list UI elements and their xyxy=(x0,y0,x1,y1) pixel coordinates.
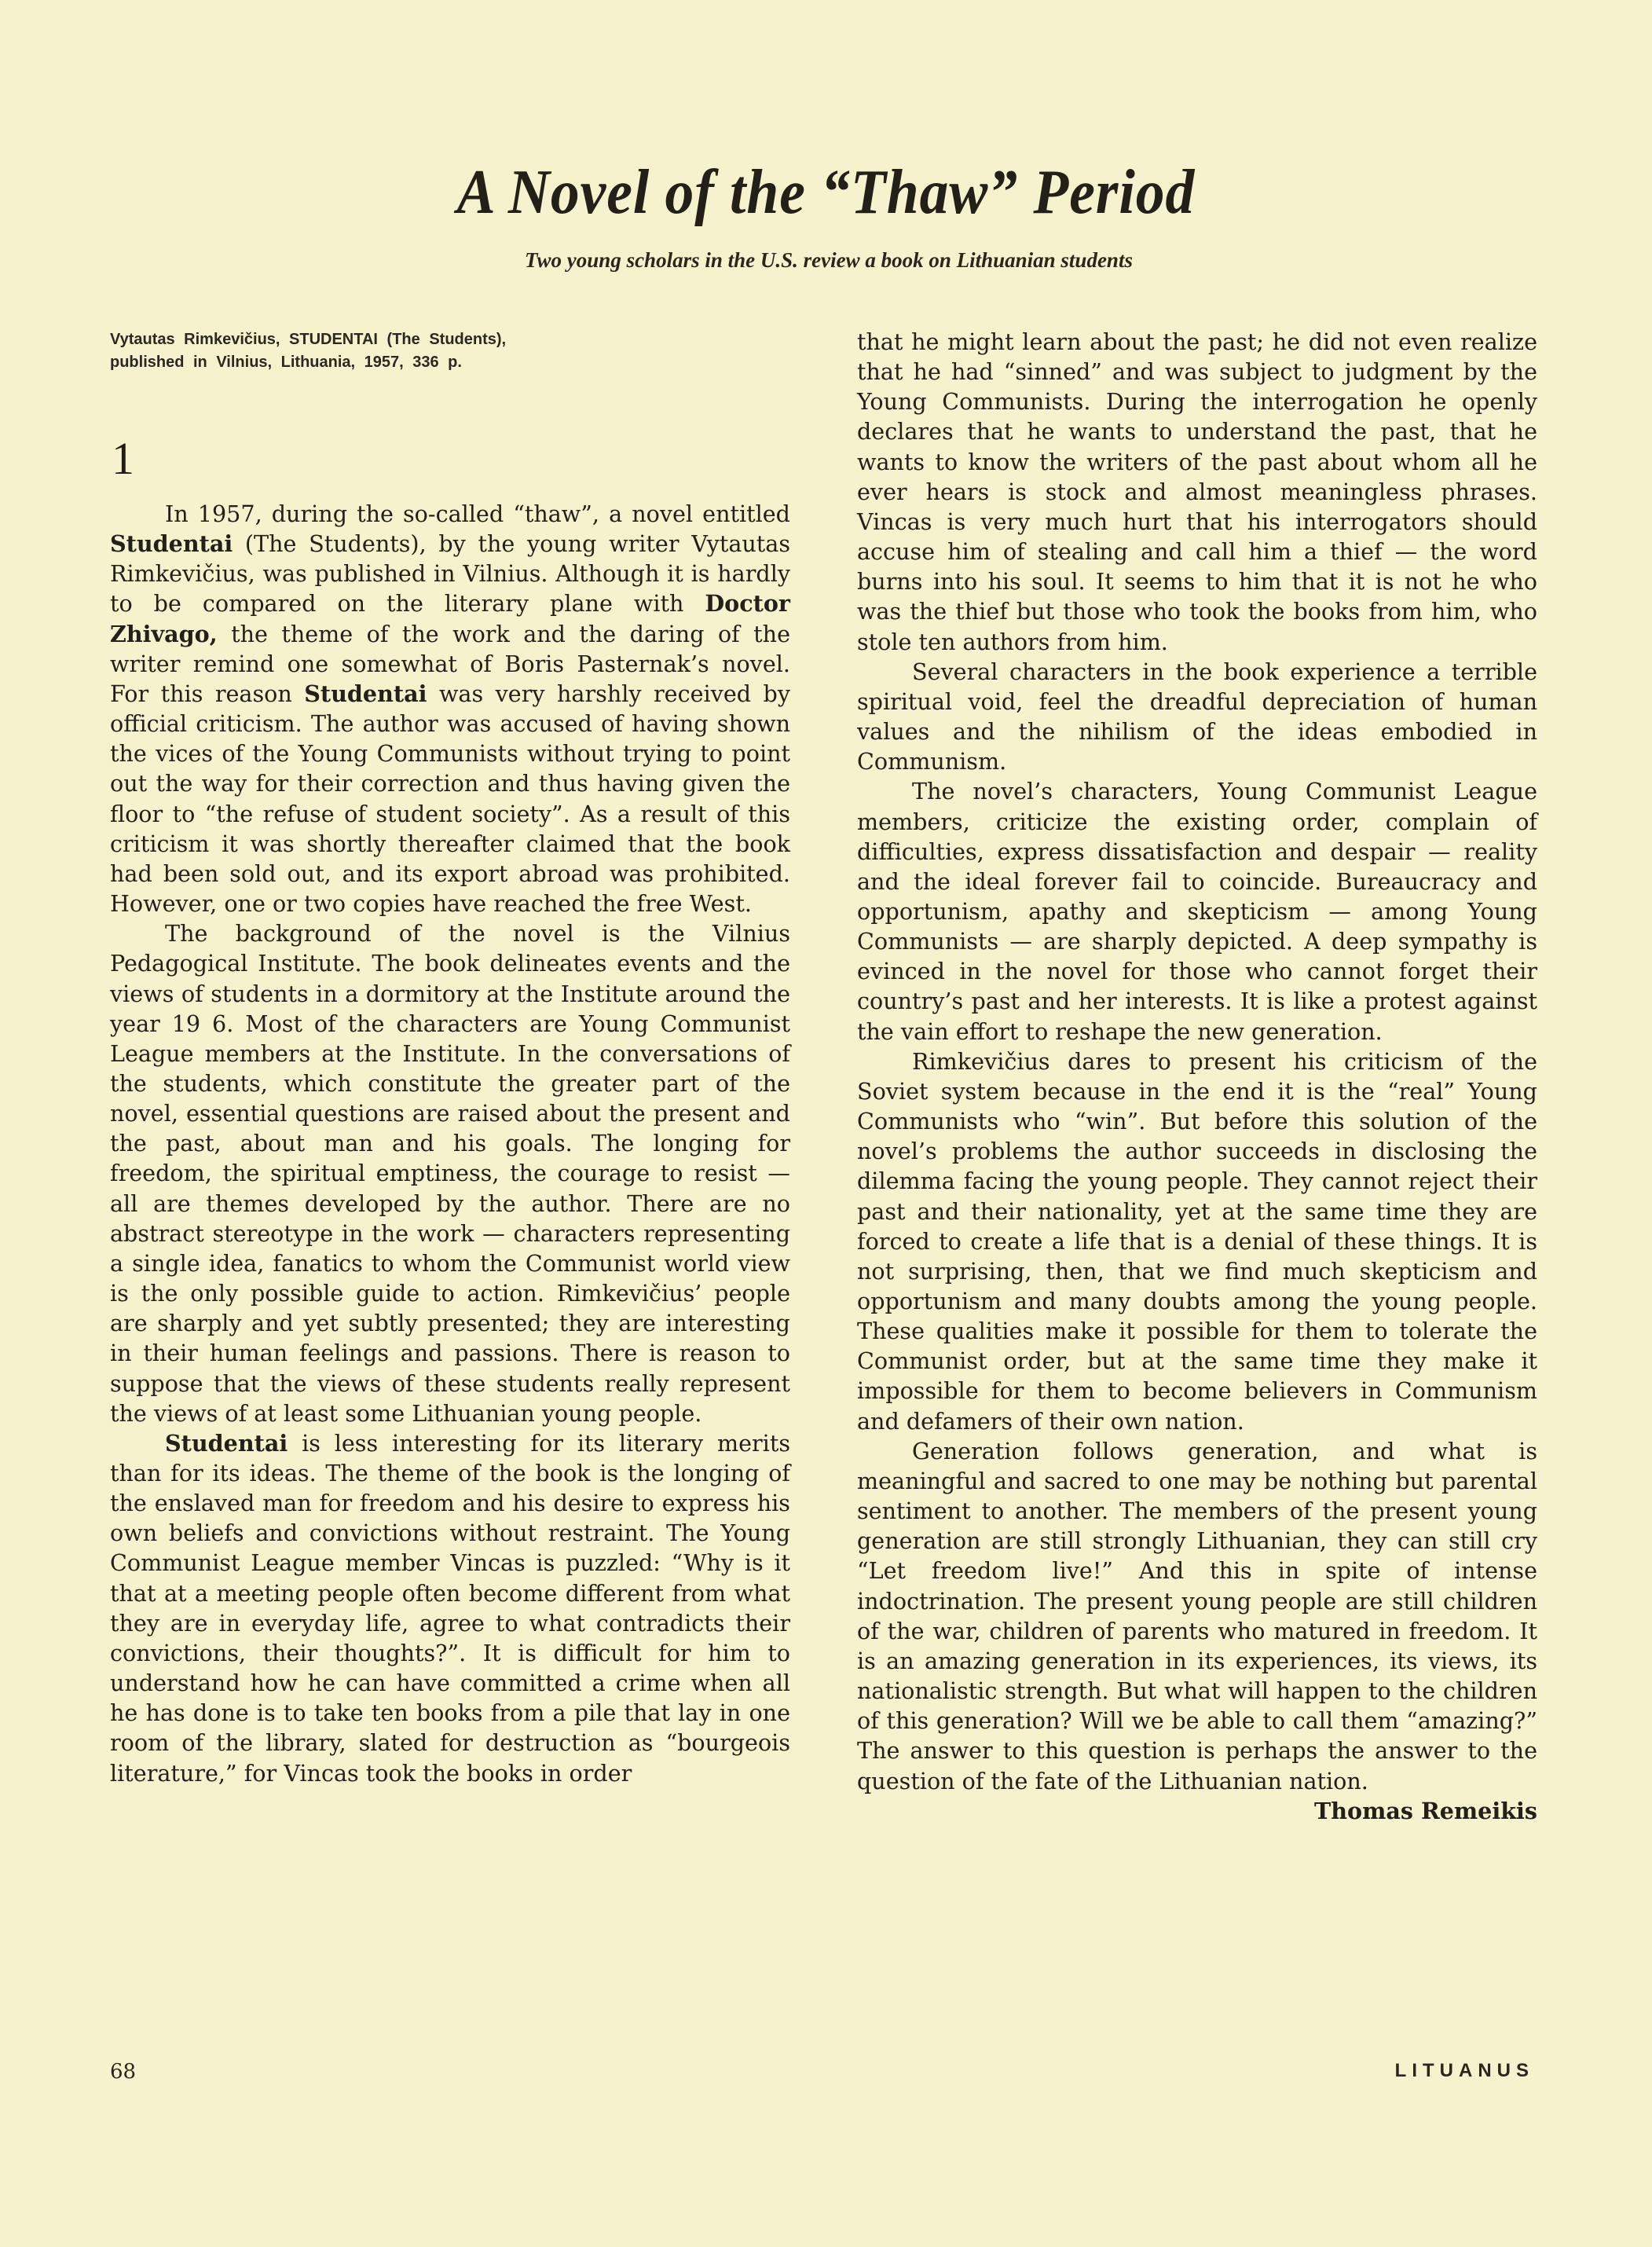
page-number: 68 xyxy=(110,2060,136,2084)
book-title-emphasis: Studentai xyxy=(304,680,427,707)
citation-line: Vytautas Rimkevičius, STUDENTAI (The Stu… xyxy=(110,328,707,351)
paragraph: Rimkevičius dares to present his critici… xyxy=(857,1047,1537,1436)
paragraph: The background of the novel is the Vilni… xyxy=(110,918,790,1428)
section-number: 1 xyxy=(112,436,134,482)
book-citation: Vytautas Rimkevičius, STUDENTAI (The Stu… xyxy=(110,328,707,374)
citation-line: published in Vilnius, Lithuania, 1957, 3… xyxy=(110,351,707,374)
author-signature: Thomas Remeikis xyxy=(857,1796,1537,1826)
journal-name: LITUANUS xyxy=(1395,2060,1534,2082)
right-column: that he might learn about the past; he d… xyxy=(857,327,1537,1826)
book-title-emphasis: Studentai xyxy=(165,1430,288,1457)
article-subtitle: Two young scholars in the U.S. review a … xyxy=(377,250,1280,271)
paragraph: In 1957, during the so-called “thaw”, a … xyxy=(110,499,790,918)
left-column: In 1957, during the so-called “thaw”, a … xyxy=(110,499,790,1788)
paragraph: Generation follows generation, and what … xyxy=(857,1436,1537,1796)
paragraph: The novel’s characters, Young Communist … xyxy=(857,776,1537,1046)
paragraph: Studentai is less interesting for its li… xyxy=(110,1428,790,1788)
paragraph: Several characters in the book experienc… xyxy=(857,657,1537,777)
book-title-emphasis: Studentai xyxy=(110,530,233,557)
article-title: A Novel of the “Thaw” Period xyxy=(66,161,1586,224)
paragraph: that he might learn about the past; he d… xyxy=(857,327,1537,657)
